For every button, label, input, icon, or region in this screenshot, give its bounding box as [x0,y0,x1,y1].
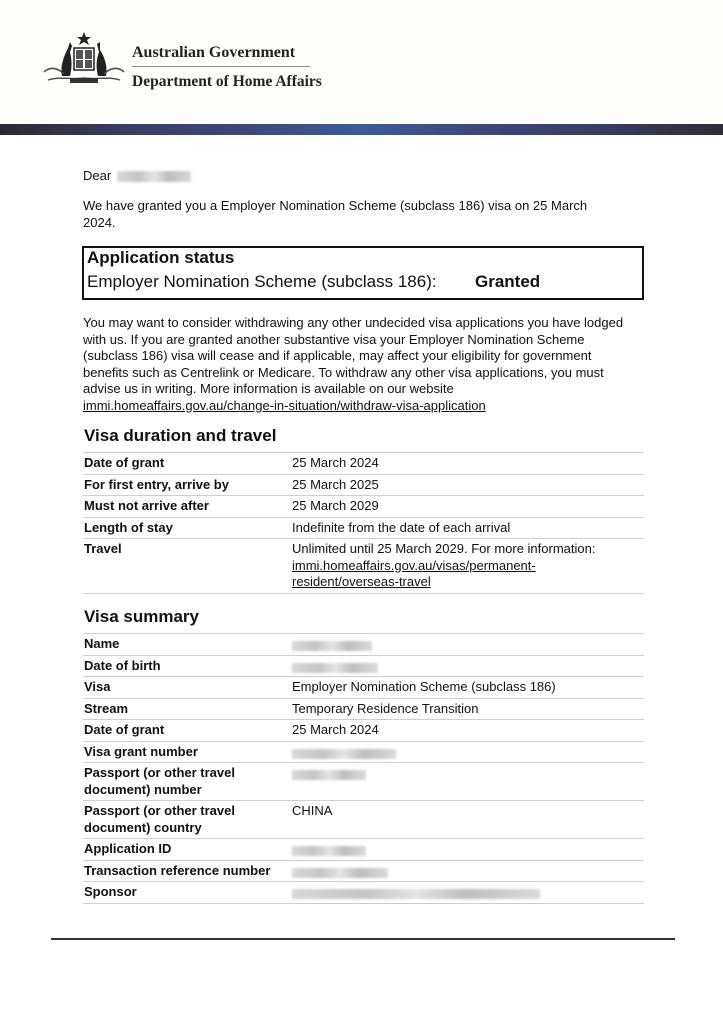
row-label: Stream [83,698,291,720]
row-value: Unlimited until 25 March 2029. For more … [291,539,644,594]
table-row: Sponsor [83,882,644,904]
table-row: Date of grant25 March 2024 [83,720,644,742]
withdraw-notice: You may want to consider withdrawing any… [83,315,628,414]
grant-intro: We have granted you a Employer Nominatio… [83,198,623,231]
government-name: Australian Government [132,44,295,62]
row-value [291,839,644,861]
redacted-value [292,868,388,878]
letterhead-divider [132,66,310,67]
table-row: Passport (or other travel document) coun… [83,801,644,839]
row-value-text: 25 March 2025 [292,477,379,492]
row-value: Employer Nomination Scheme (subclass 186… [291,677,644,699]
row-label: Sponsor [83,882,291,904]
row-value: CHINA [291,801,644,839]
row-value: Temporary Residence Transition [291,698,644,720]
redacted-value [292,889,540,899]
redacted-value [292,749,396,759]
row-label: Visa grant number [83,741,291,763]
header-band [0,124,723,135]
row-label: Length of stay [83,517,291,539]
overseas-travel-link[interactable]: immi.homeaffairs.gov.au/visas/permanent-… [292,558,612,591]
table-row: Transaction reference number [83,860,644,882]
department-name: Department of Home Affairs [132,73,322,91]
row-value [291,763,644,801]
row-value-text: CHINA [292,803,332,818]
redacted-recipient-name [117,171,191,182]
row-value [291,634,644,656]
application-status-visa: Employer Nomination Scheme (subclass 186… [87,274,437,291]
row-value: 25 March 2025 [291,474,644,496]
row-value-text: Employer Nomination Scheme (subclass 186… [292,679,556,694]
row-value: 25 March 2024 [291,720,644,742]
row-value-text: Unlimited until 25 March 2029. For more … [292,541,595,556]
row-label: Passport (or other travel document) coun… [83,801,291,839]
row-label: Travel [83,539,291,594]
redacted-value [292,641,372,651]
application-status-box: Application status Employer Nomination S… [82,246,644,300]
commonwealth-coat-of-arms-icon [40,30,128,94]
row-value-text: Indefinite from the date of each arrival [292,520,510,535]
visa-summary-table: NameDate of birthVisaEmployer Nomination… [83,633,644,904]
table-row: For first entry, arrive by25 March 2025 [83,474,644,496]
row-value-text: 25 March 2029 [292,498,379,513]
row-value: 25 March 2029 [291,496,644,518]
redacted-value [292,770,366,780]
row-label: Date of grant [83,720,291,742]
salutation: Dear [83,168,191,185]
row-value-text: 25 March 2024 [292,722,379,737]
row-label: Must not arrive after [83,496,291,518]
row-value [291,860,644,882]
row-label: Date of grant [83,453,291,475]
table-row: Date of grant25 March 2024 [83,453,644,475]
visa-duration-table: Date of grant25 March 2024For first entr… [83,452,644,594]
table-row: Visa grant number [83,741,644,763]
row-value [291,655,644,677]
row-value: Indefinite from the date of each arrival [291,517,644,539]
table-row: Date of birth [83,655,644,677]
row-label: Passport (or other travel document) numb… [83,763,291,801]
table-row: Must not arrive after25 March 2029 [83,496,644,518]
row-label: For first entry, arrive by [83,474,291,496]
table-row: Name [83,634,644,656]
row-value-text: Temporary Residence Transition [292,701,478,716]
visa-summary-title: Visa summary [84,609,199,626]
table-row: Length of stayIndefinite from the date o… [83,517,644,539]
application-status-value: Granted [475,274,540,291]
row-label: Visa [83,677,291,699]
row-label: Application ID [83,839,291,861]
row-value [291,882,644,904]
redacted-value [292,846,366,856]
table-row: StreamTemporary Residence Transition [83,698,644,720]
table-row: TravelUnlimited until 25 March 2029. For… [83,539,644,594]
letterhead: Australian Government Department of Home… [0,0,723,124]
application-status-title: Application status [87,250,234,267]
row-value-text: 25 March 2024 [292,455,379,470]
withdraw-visa-link[interactable]: immi.homeaffairs.gov.au/change-in-situat… [83,398,486,413]
table-row: Passport (or other travel document) numb… [83,763,644,801]
row-label: Date of birth [83,655,291,677]
table-row: VisaEmployer Nomination Scheme (subclass… [83,677,644,699]
salutation-text: Dear [83,168,111,183]
table-row: Application ID [83,839,644,861]
row-value [291,741,644,763]
redacted-value [292,663,378,673]
row-label: Transaction reference number [83,860,291,882]
visa-duration-title: Visa duration and travel [84,428,276,445]
withdraw-notice-text: You may want to consider withdrawing any… [83,315,623,396]
row-value: 25 March 2024 [291,453,644,475]
footer-divider [51,938,675,940]
row-label: Name [83,634,291,656]
